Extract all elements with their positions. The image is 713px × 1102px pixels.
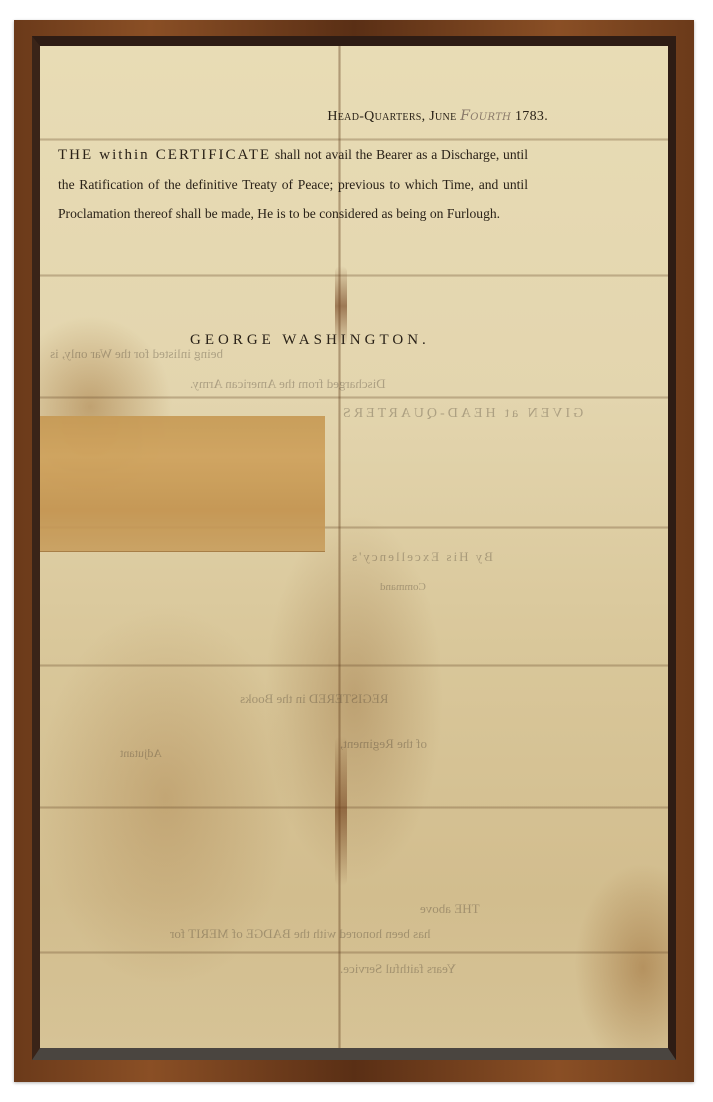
- lead-words: THE within CERTIFICATE: [58, 147, 271, 163]
- headquarters-dateline: Head-Quarters, June Fourth 1783.: [327, 108, 548, 125]
- horizontal-fold: [40, 664, 668, 667]
- document-paper: Head-Quarters, June Fourth 1783. THE wit…: [40, 46, 668, 1048]
- frame-inner-molding: Head-Quarters, June Fourth 1783. THE wit…: [32, 36, 676, 1060]
- bleed-through-line: THE above: [420, 901, 480, 917]
- bleed-through-line: has been honored with the BADGE of MERIT…: [170, 926, 430, 942]
- certificate-body: THE within CERTIFICATE shall not avail t…: [58, 140, 528, 228]
- horizontal-fold: [40, 951, 668, 954]
- bleed-through-line: Command: [380, 581, 426, 593]
- horizontal-fold: [40, 274, 668, 277]
- water-stain: [335, 736, 347, 886]
- picture-frame: Head-Quarters, June Fourth 1783. THE wit…: [14, 20, 694, 1082]
- year-text: 1783.: [515, 109, 548, 124]
- bleed-through-line: Discharged from the American Army.: [190, 376, 386, 392]
- repair-tape: [40, 416, 325, 552]
- horizontal-fold: [40, 806, 668, 809]
- bleed-through-line: By His Excellency's: [350, 549, 493, 565]
- bleed-through-line: being inlisted for the War only, is: [50, 346, 223, 362]
- horizontal-fold: [40, 396, 668, 399]
- month-text: June: [429, 109, 456, 124]
- signature: GEORGE WASHINGTON.: [190, 332, 430, 349]
- bleed-through-line: Adjutant: [120, 746, 162, 761]
- place-text: Head-Quarters,: [327, 109, 425, 124]
- bleed-through-line: REGISTERED in the Books: [240, 691, 388, 707]
- bleed-through-line: Years faithful Service.: [340, 961, 456, 977]
- bleed-through-line: GIVEN at HEAD-QUARTERS: [340, 406, 583, 422]
- handwritten-day: Fourth: [460, 108, 511, 124]
- bleed-through-line: of the Regiment,: [340, 736, 427, 752]
